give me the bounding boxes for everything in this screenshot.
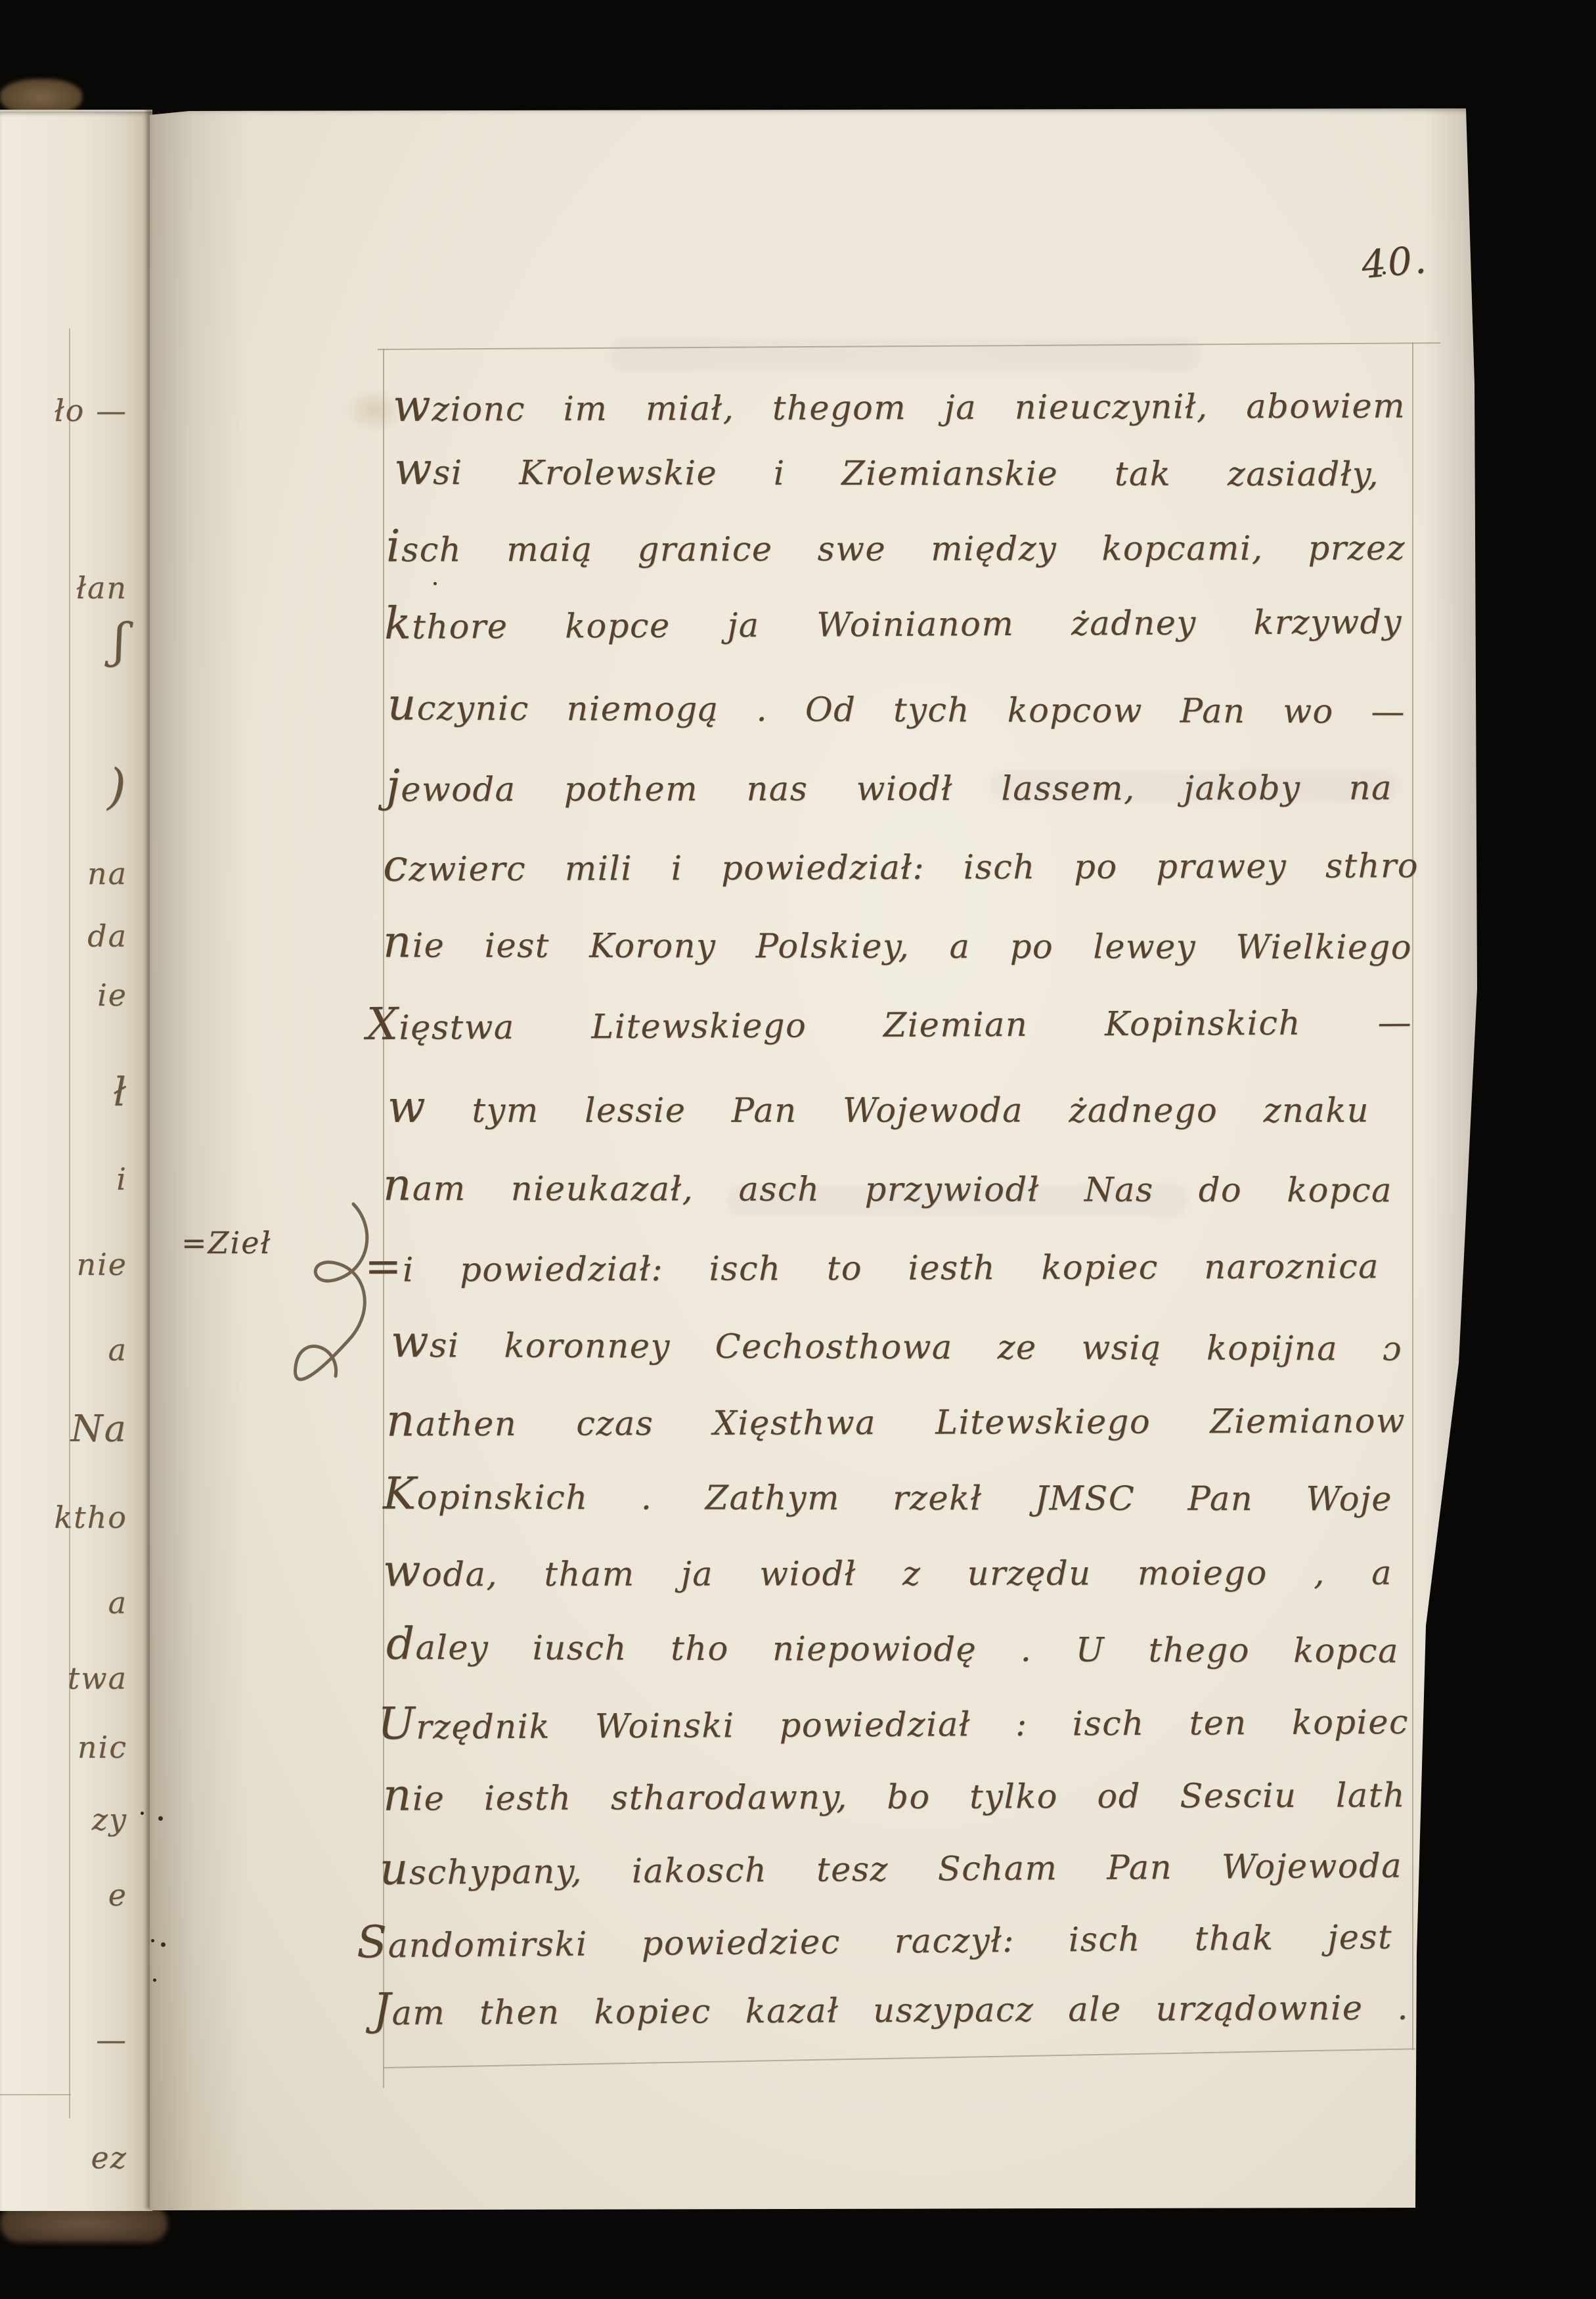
manuscript-line: Urzędnik Woinski powiedział : isch ten k… bbox=[378, 1682, 1409, 1760]
manuscript-line: wsi Krolewskie i Ziemianskie tak zasiadł… bbox=[394, 433, 1379, 507]
verso-text-fragment: Na bbox=[71, 1408, 127, 1450]
paper-stain bbox=[688, 2220, 800, 2256]
verso-text-fragment: nie bbox=[76, 1247, 127, 1282]
manuscript-line: wsi koronney Cechosthowa ze wsią kopijna… bbox=[391, 1305, 1402, 1381]
manuscript-line: nie iest Korony Polskiey, a po lewey Wie… bbox=[383, 906, 1412, 980]
verso-text-fragment: a bbox=[108, 1332, 127, 1368]
verso-text-fragment: twa bbox=[68, 1661, 127, 1696]
verso-text-fragment: nic bbox=[78, 1730, 127, 1765]
manuscript-line: jewoda pothem nas wiodł lassem, jakoby n… bbox=[386, 748, 1392, 822]
manuscript-line: daley iusch tho niepowiodę . U thego kop… bbox=[386, 1607, 1399, 1683]
ruled-frame-right bbox=[1412, 342, 1413, 2050]
ruled-frame-bottom bbox=[383, 2048, 1415, 2068]
paper-stain bbox=[1470, 319, 1555, 365]
verso-text-fragment: ło — bbox=[55, 393, 127, 428]
verso-text-fragment: zy bbox=[92, 1802, 127, 1837]
manuscript-line: isch maią granice swe między kopcami, pr… bbox=[386, 508, 1406, 583]
verso-text-fragment: da bbox=[87, 918, 127, 954]
manuscript-line: nathen czas Xięsthwa Litewskiego Ziemian… bbox=[386, 1381, 1406, 1456]
verso-text-fragment: na bbox=[87, 856, 127, 891]
page-edge-shadow bbox=[1424, 108, 1483, 2210]
verso-text-fragment: łan bbox=[76, 570, 127, 606]
verso-text-fragment: ktho bbox=[54, 1500, 127, 1535]
manuscript-line: czwierc mili i powiedział: isch po prawe… bbox=[383, 826, 1419, 902]
verso-text-fragment: ł bbox=[114, 1069, 127, 1115]
verso-text-fragment: ) bbox=[107, 759, 127, 815]
manuscript-line: Jam then kopiec kazał uszypacz ale urząd… bbox=[373, 1968, 1409, 2045]
manuscript-line: =i powiedział: isch to iesth kopiec naro… bbox=[365, 1226, 1379, 1302]
photo-black-background: ło — łan ʃ ) na da ie ł i nie a Na ktho … bbox=[0, 0, 1596, 2299]
verso-text-fragment: a bbox=[108, 1585, 127, 1620]
page-number: 40. bbox=[1360, 237, 1430, 288]
verso-ruled-line-bottom bbox=[0, 2094, 71, 2095]
manuscript-line: w tym lessie Pan Wojewoda żadnego znaku bbox=[388, 1071, 1369, 1143]
manuscript-line: uschypany, iakosch tesz Scham Pan Wojewo… bbox=[380, 1826, 1403, 1906]
manuscript-line: Xięstwa Litewskiego Ziemian Kopinskich — bbox=[366, 983, 1413, 1060]
verso-text-fragment: ez bbox=[91, 2140, 127, 2176]
gutter-shadow bbox=[150, 108, 248, 2210]
manuscript-line: nam nieukazał, asch przywiodł Nas do kop… bbox=[383, 1149, 1392, 1223]
manuscript-line: nie iesth stharodawny, bo tylko od Sesci… bbox=[383, 1755, 1406, 1831]
verso-text-fragment: i bbox=[116, 1161, 127, 1197]
manuscript-line: kthore kopce ja Woinianom żadney krzywdy bbox=[384, 582, 1403, 659]
manuscript-line: woda, tham ja wiodł z urzędu moiego , a bbox=[383, 1533, 1392, 1607]
verso-text-fragment: — bbox=[96, 2022, 127, 2057]
manuscript-line: Sandomirski powiedziec raczył: isch thak… bbox=[357, 1897, 1393, 1978]
verso-ruled-line-vertical bbox=[69, 328, 70, 2118]
manuscript-page: 40. =Zieł wzionc im miał, thegom ja nieu… bbox=[150, 108, 1483, 2210]
manuscript-line: uczynic niemogą . Od tych kopcow Pan wo … bbox=[388, 668, 1406, 744]
verso-text-fragment: ie bbox=[97, 977, 127, 1013]
verso-page-sliver: ło — łan ʃ ) na da ie ł i nie a Na ktho … bbox=[0, 110, 152, 2211]
ink-specks bbox=[141, 1812, 144, 1815]
verso-text-fragment: ʃ bbox=[113, 613, 127, 668]
manuscript-line: wzionc im miał, thegom ja nieuczynił, ab… bbox=[393, 366, 1406, 441]
paper-stain bbox=[344, 388, 406, 434]
verso-text-fragment: e bbox=[108, 1877, 127, 1913]
ink-showthrough bbox=[610, 338, 1201, 371]
margin-note: =Zieł bbox=[181, 1225, 271, 1261]
manuscript-line: Kopinskich . Zathym rzekł JMSC Pan Woje bbox=[383, 1458, 1392, 1532]
